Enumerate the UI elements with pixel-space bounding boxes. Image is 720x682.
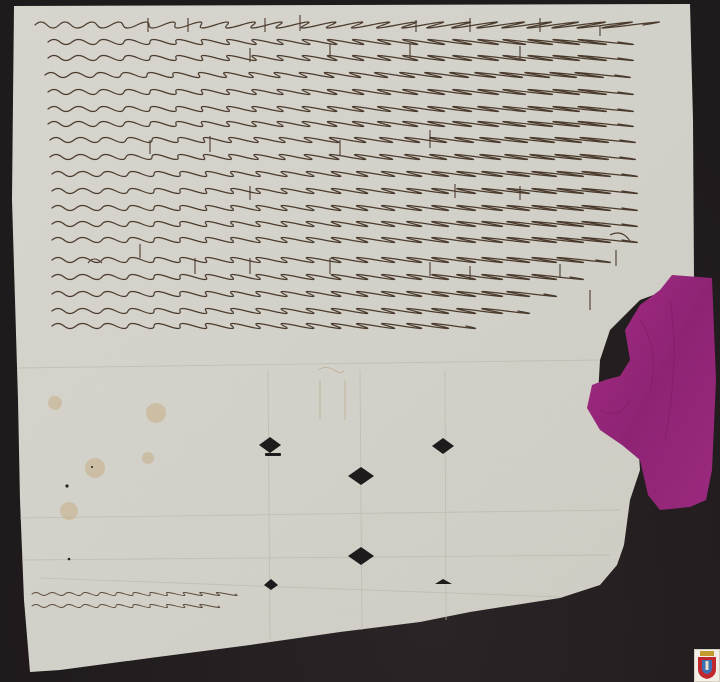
parchment-document [0, 0, 720, 682]
parchment-svg [0, 0, 720, 682]
archive-coat-of-arms-icon [694, 649, 720, 682]
